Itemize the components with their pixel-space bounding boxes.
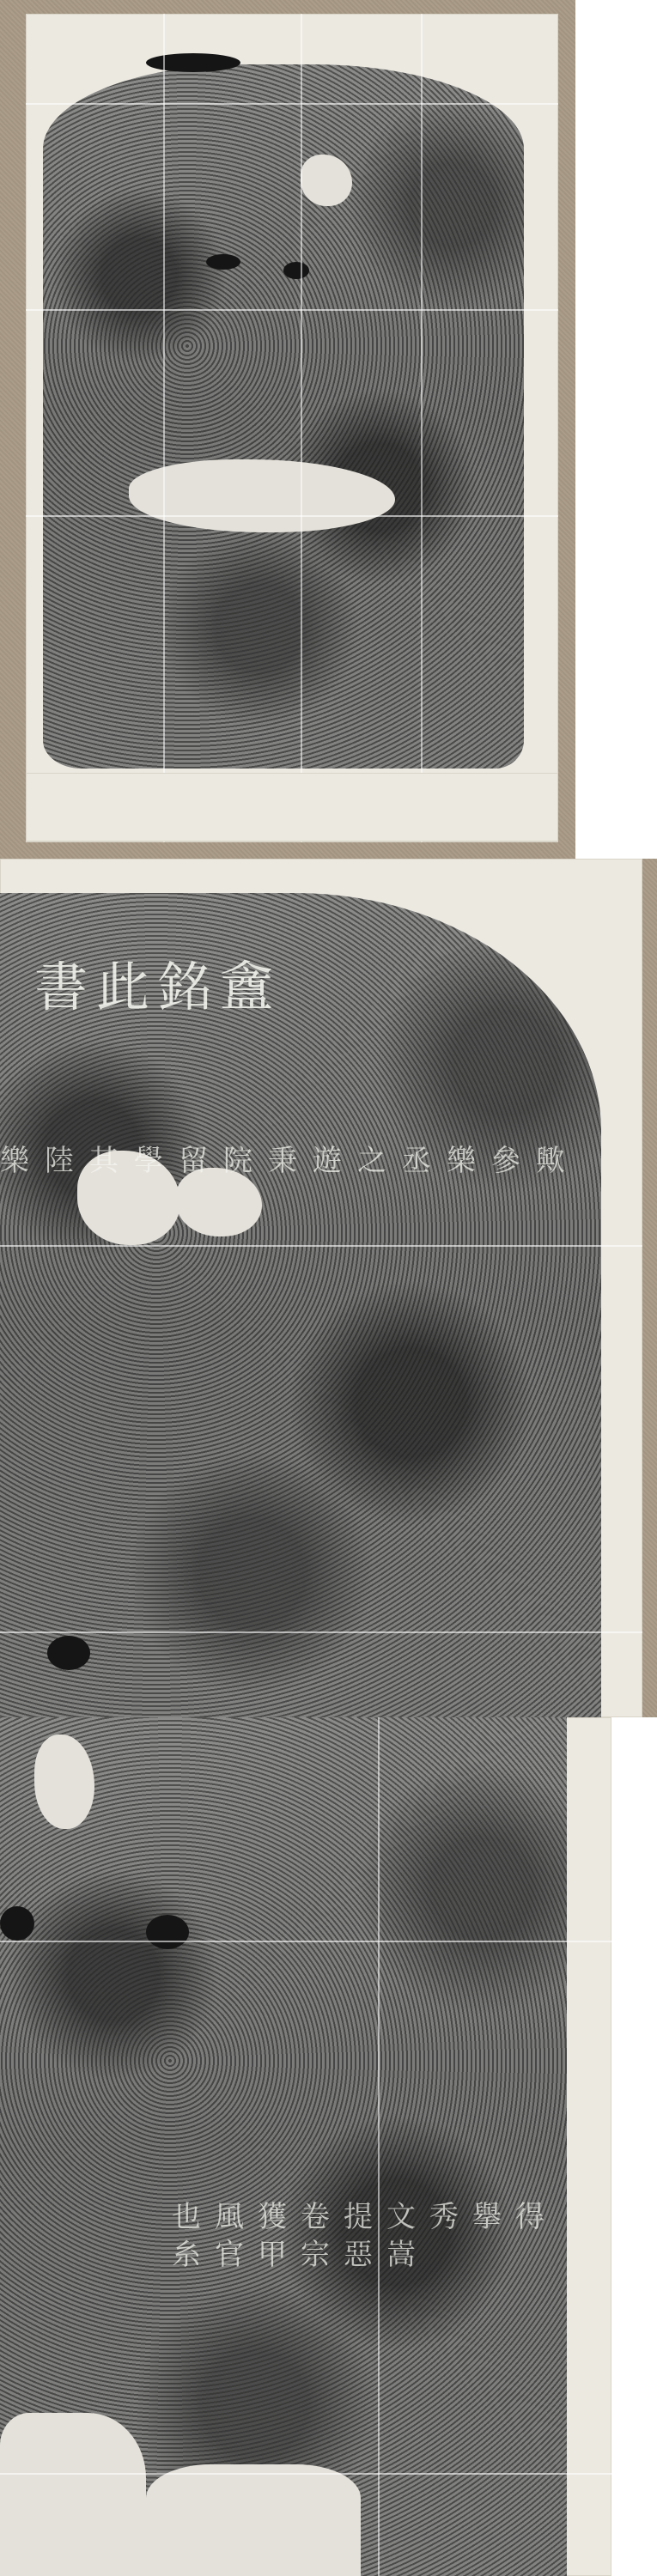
photo-full-rubbing bbox=[0, 0, 575, 859]
paper-bottom-margin bbox=[26, 773, 558, 841]
photo-top-detail: 書此銘盦 樂陸其學留院秉遊之丞樂參歟 bbox=[0, 859, 657, 1717]
fold-line bbox=[0, 1245, 642, 1247]
fold-line bbox=[26, 515, 558, 517]
ink-blot bbox=[0, 1906, 34, 1941]
torn-area bbox=[0, 2413, 146, 2576]
ink-field bbox=[43, 64, 524, 769]
torn-area bbox=[146, 2464, 361, 2576]
fold-line bbox=[0, 1941, 611, 1942]
ink-blot bbox=[146, 1915, 189, 1949]
ink-blot bbox=[283, 262, 309, 279]
body-inscription: 也風獲卷提文秀擧得糸官甲宗惡嵩 bbox=[172, 2198, 567, 2274]
fold-line bbox=[378, 1717, 380, 2576]
fold-line bbox=[301, 14, 302, 842]
body-inscription: 樂陸其學留院秉遊之丞樂參歟 bbox=[0, 1142, 581, 1180]
fold-line bbox=[421, 14, 423, 842]
photo-lower-detail: 也風獲卷提文秀擧得糸官甲宗惡嵩 bbox=[0, 1717, 611, 2576]
fold-line bbox=[0, 2473, 611, 2475]
fold-line bbox=[0, 1631, 642, 1633]
fold-line bbox=[26, 309, 558, 311]
ink-blot bbox=[146, 53, 240, 72]
fold-line bbox=[163, 14, 165, 842]
ink-blot bbox=[47, 1636, 90, 1670]
ink-blot bbox=[206, 254, 240, 270]
title-inscription: 書此銘盦 bbox=[34, 953, 282, 1022]
fold-line bbox=[26, 103, 558, 105]
